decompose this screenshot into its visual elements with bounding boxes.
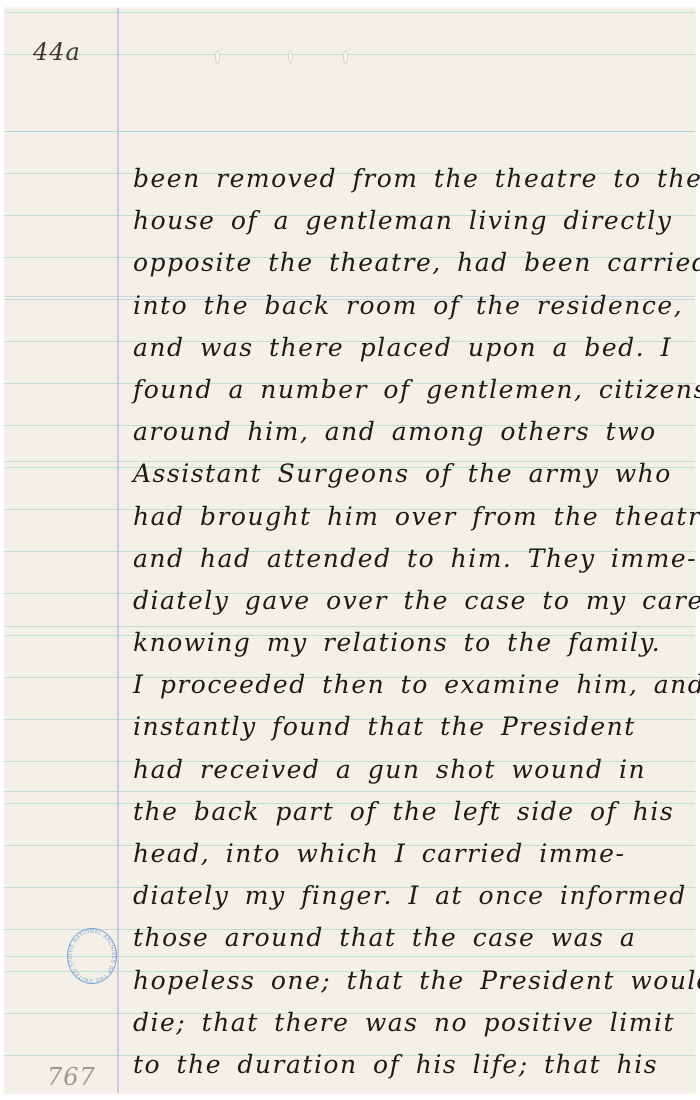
folio-number: 44a	[33, 38, 81, 66]
national-archives-stamp-icon: THE NATIONAL ARCHIVES OF THE UNITED STAT…	[67, 928, 117, 984]
punch-mark	[288, 50, 293, 64]
text-line: around him, and among others two	[133, 411, 693, 453]
svg-text:THE NATIONAL ARCHIVES OF THE U: THE NATIONAL ARCHIVES OF THE UNITED STAT…	[62, 925, 116, 983]
stamp-ring-icon: THE NATIONAL ARCHIVES OF THE UNITED STAT…	[62, 925, 122, 987]
manuscript-page: 44a THE NATIONAL ARCHIVES OF THE UNITED …	[5, 8, 695, 1093]
text-line: to the duration of his life; that his	[133, 1044, 693, 1086]
punch-mark	[215, 50, 220, 64]
text-line: Assistant Surgeons of the army who	[133, 453, 693, 495]
text-line: found a number of gentlemen, citizens,	[133, 369, 693, 411]
text-line: hopeless one; that the President would	[133, 960, 693, 1002]
text-line: house of a gentleman living directly	[133, 200, 693, 242]
text-line: opposite the theatre, had been carried	[133, 242, 693, 284]
text-line: into the back room of the residence,	[133, 285, 693, 327]
archive-page-number: 767	[47, 1063, 96, 1091]
text-line: been removed from the theatre to the	[133, 158, 693, 200]
text-line: instantly found that the President	[133, 706, 693, 748]
text-line: those around that the case was a	[133, 917, 693, 959]
text-line: knowing my relations to the family.	[133, 622, 693, 664]
text-line: head, into which I carried imme-	[133, 833, 693, 875]
punch-mark	[343, 50, 348, 64]
handwritten-body: been removed from the theatre to the hou…	[133, 158, 693, 1086]
text-line: die; that there was no positive limit	[133, 1002, 693, 1044]
text-line: diately my finger. I at once informed	[133, 875, 693, 917]
text-line: the back part of the left side of his	[133, 791, 693, 833]
text-line: I proceeded then to examine him, and	[133, 664, 693, 706]
text-line: diately gave over the case to my care,	[133, 580, 693, 622]
text-line: had brought him over from the theatre	[133, 496, 693, 538]
text-line: and was there placed upon a bed. I	[133, 327, 693, 369]
text-line: and had attended to him. They imme-	[133, 538, 693, 580]
text-line: had received a gun shot wound in	[133, 749, 693, 791]
